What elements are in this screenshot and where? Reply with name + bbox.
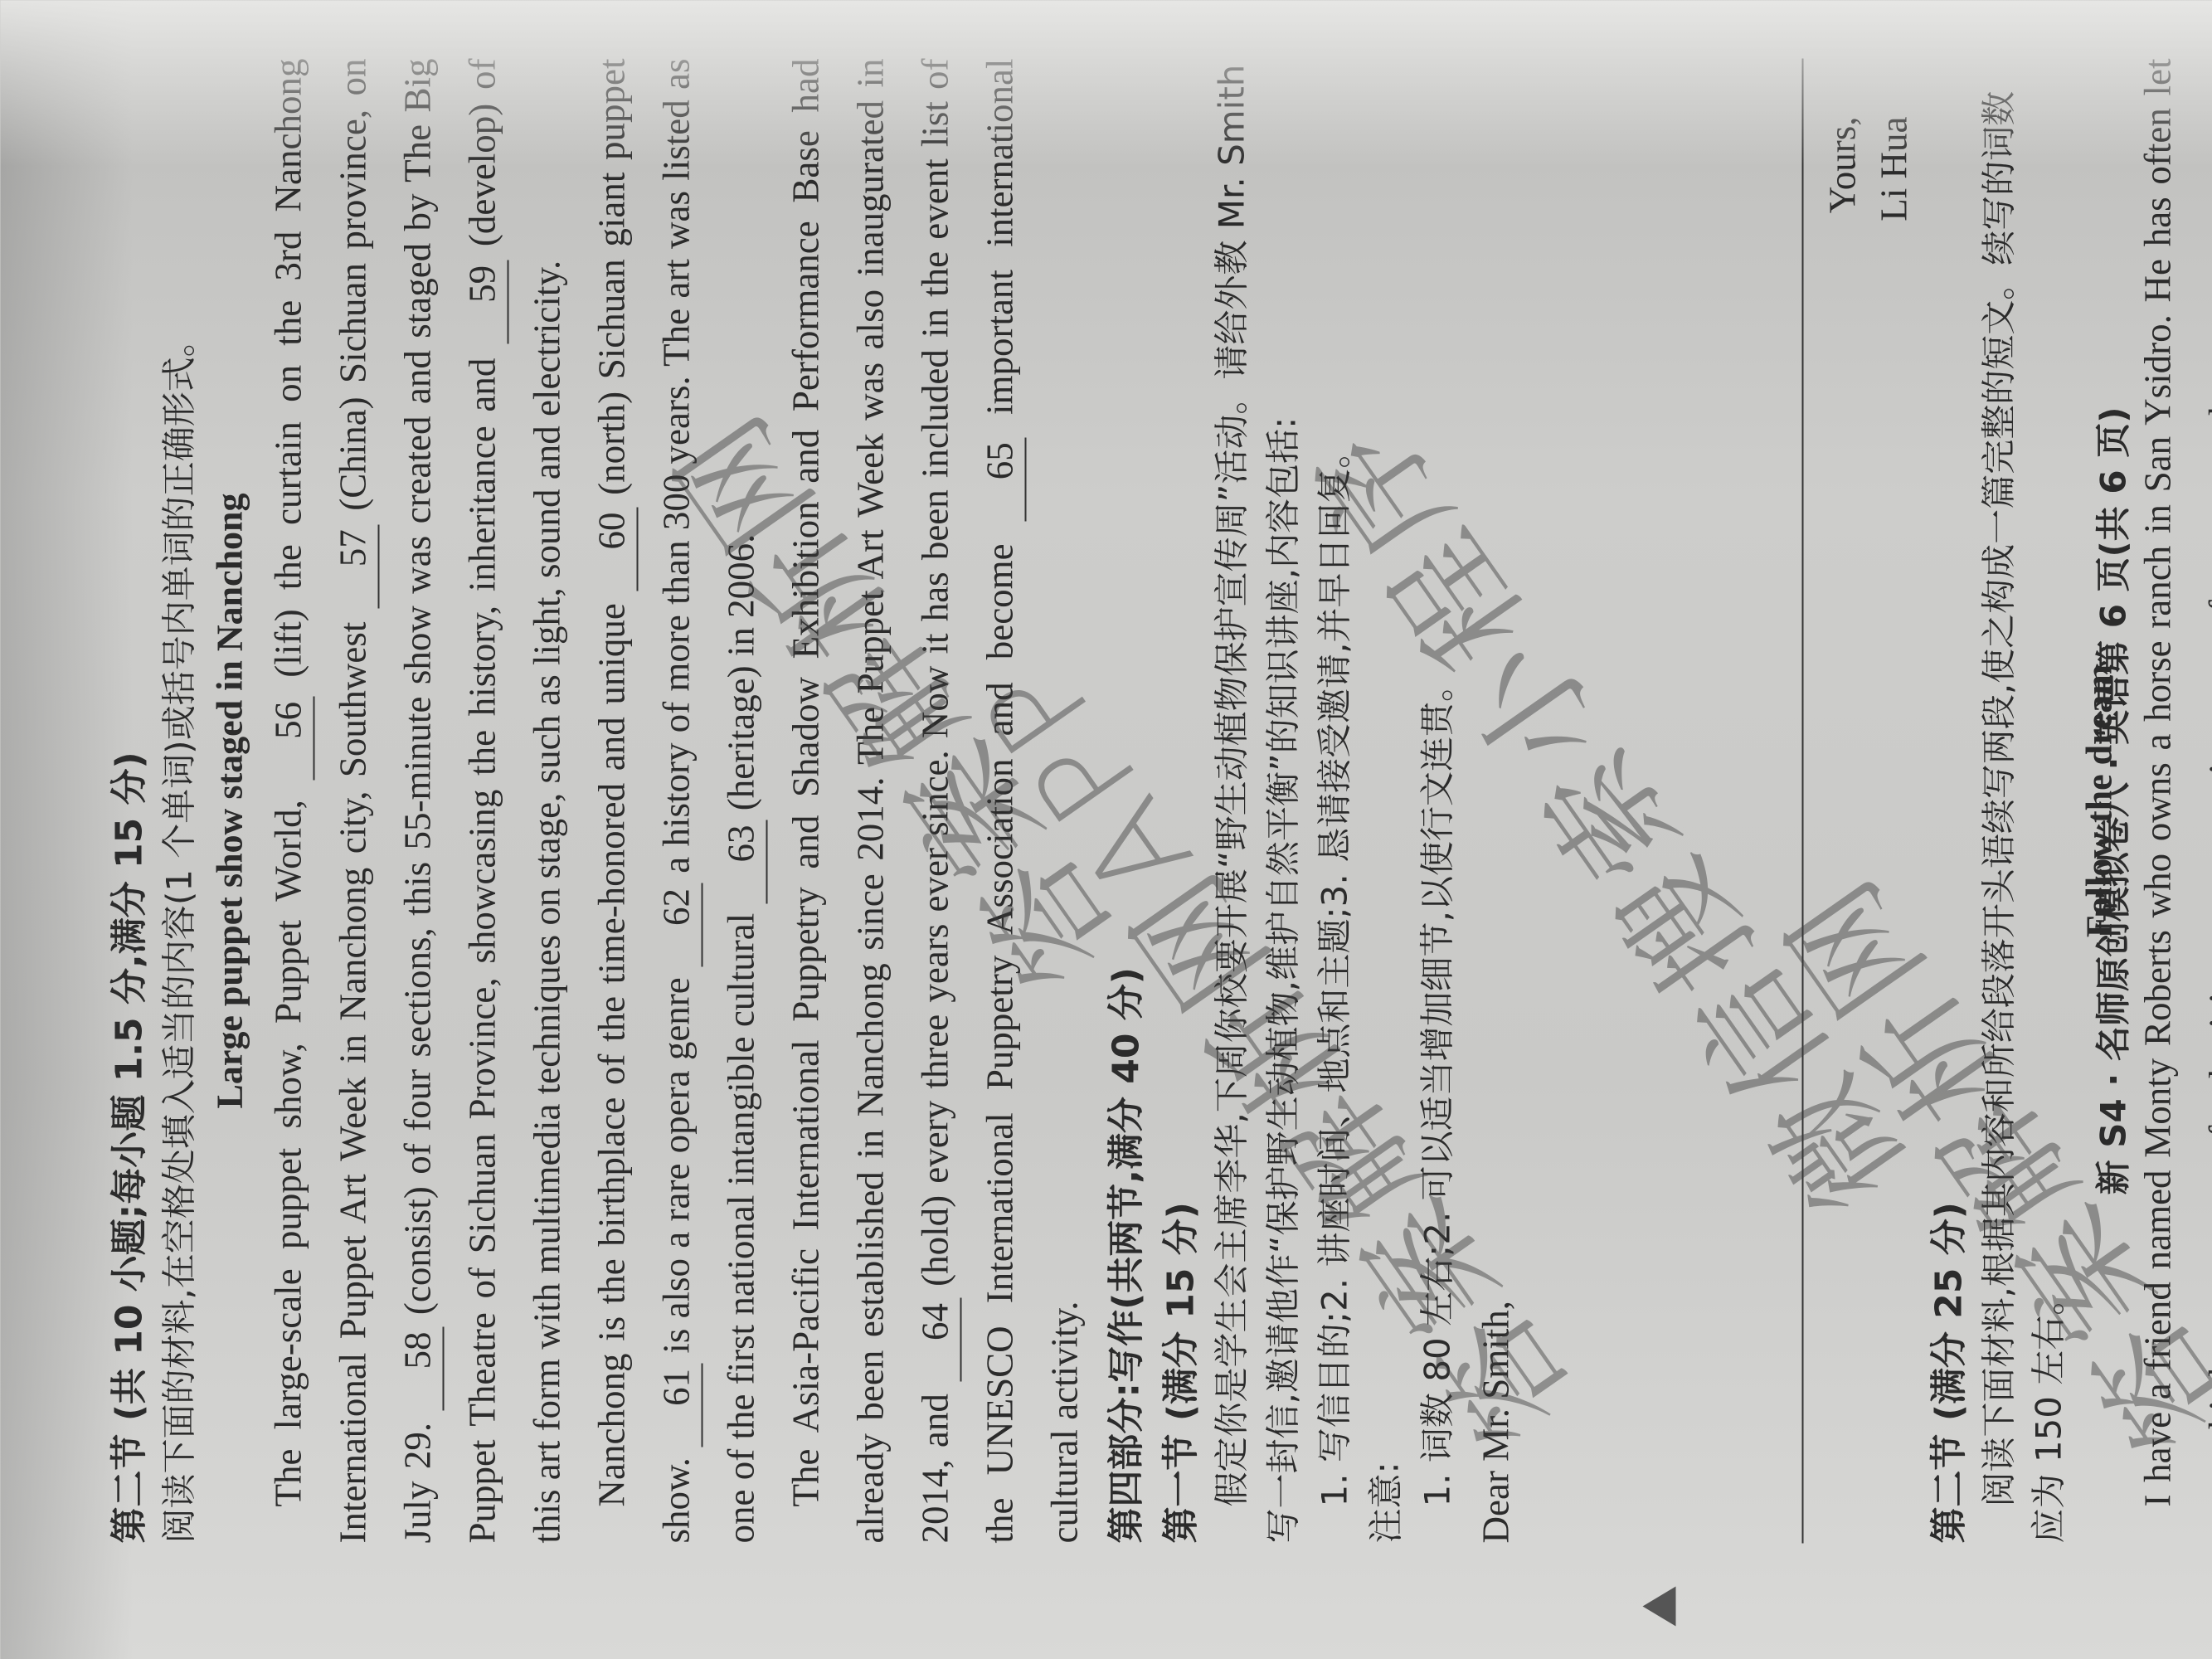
cloze-text: The large-scale puppet show, Puppet Worl… (267, 780, 309, 1506)
paper-tear-mark (1642, 1586, 1675, 1626)
cloze-blank-62[interactable]: 62 (651, 883, 702, 967)
writing-notes: 1. 词数 80 左右;2. 可以适当增加细节,以使行文连贯。 (1412, 58, 1463, 1543)
cloze-blank-60[interactable]: 60 (586, 507, 638, 591)
cloze-blank-57[interactable]: 57 (328, 524, 379, 608)
writing-section1-header: 第一节 (满分 15 分) (1156, 58, 1206, 1543)
answer-line (1801, 58, 1803, 1543)
page-footer: 新 S4 · 名师原创模拟卷八 · 英语第 6 页(共 6 页) (2081, 58, 2146, 1543)
letter-closing: Yours, (1816, 58, 1868, 1543)
cloze-text: (heritage) in 2006. (720, 533, 761, 820)
writing-notes-label: 注意: (1360, 58, 1412, 1543)
cloze-paragraph-1: The large-scale puppet show, Puppet Worl… (255, 58, 579, 1543)
cloze-blank-63[interactable]: 63 (716, 820, 767, 903)
cloze-instruction: 阅读下面的材料,在空格处填入适当的内容(1 个单词)或括号内单词的正确形式。 (154, 58, 204, 1543)
continuation-section-header: 第二节 (满分 25 分) (1924, 58, 1974, 1543)
cloze-blank-59[interactable]: 59 (457, 260, 508, 343)
cloze-title: Large puppet show staged in Nanchong (204, 58, 255, 1543)
cloze-blank-61[interactable]: 61 (651, 1363, 702, 1447)
cloze-text: Nanchong is the birthplace of the time-h… (591, 591, 632, 1506)
exam-page: 第二节 (共 10 小题;每小题 1.5 分,满分 15 分) 阅读下面的材料,… (0, 0, 2212, 1659)
writing-part-header: 第四部分:写作(共两节,满分 40 分) (1101, 58, 1151, 1543)
cloze-text: is also a rare opera genre (655, 967, 697, 1364)
continuation-instruction: 阅读下面材料,根据其内容和所给段落开头语续写两段,使之构成一篇完整的短文。续写的… (1974, 58, 2073, 1543)
cloze-blank-65[interactable]: 65 (975, 437, 1026, 521)
cloze-blank-64[interactable]: 64 (910, 1297, 961, 1381)
cloze-paragraph-3: The Asia-Pacific International Puppetry … (773, 58, 1096, 1543)
cloze-blank-56[interactable]: 56 (263, 696, 314, 780)
writing-prompt: 假定你是学生会主席李华,下周你校要开展“野生动植物保护宣传周”活动。请给外教 M… (1206, 58, 1309, 1543)
letter-signature: Li Hua (1868, 58, 1919, 1543)
letter-salutation: Dear Mr. Smith, (1463, 58, 1528, 1543)
cloze-paragraph-2: Nanchong is the birthplace of the time-h… (579, 58, 773, 1543)
cloze-section-header: 第二节 (共 10 小题;每小题 1.5 分,满分 15 分) (105, 58, 154, 1543)
writing-points: 1. 写信目的;2. 讲座时间、地点和主题;3. 恳请接受邀请,并早日回复。 (1309, 58, 1360, 1543)
cloze-blank-58[interactable]: 58 (392, 1326, 444, 1410)
